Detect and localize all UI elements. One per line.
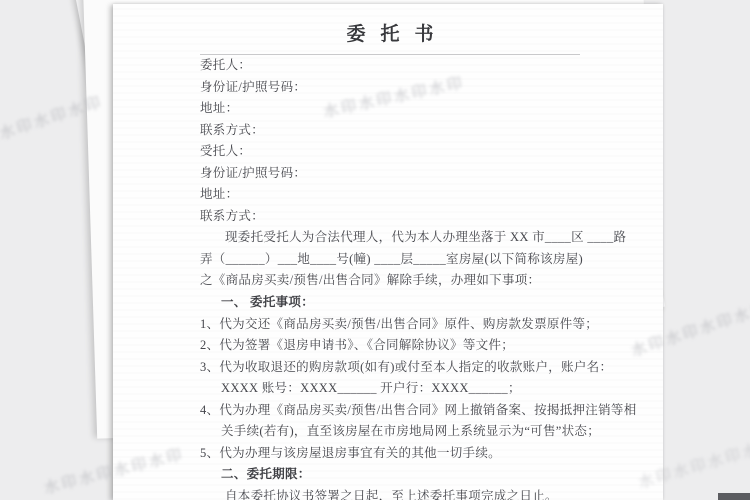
trustee-id-line: 身份证/护照号码： — [200, 163, 580, 185]
principal-name-line: 委托人： — [200, 55, 580, 77]
document-title: 委托书 — [200, 22, 580, 48]
matter-item-3: 3、代为收取退还的购房款项(如有)或付至本人指定的收款账户，账户名： — [200, 357, 580, 379]
corner-dark-strip — [718, 493, 750, 500]
page-content: 委托书 委托人： 身份证/护照号码： 地址： 联系方式： 受托人： 身份证/护照… — [113, 4, 663, 500]
matters-heading: 一、 委托事项： — [200, 292, 580, 314]
matter-item-2: 2、代为签署《退房申请书》、《合同解除协议》等文件； — [200, 335, 580, 357]
document-preview: 委托书 委托人： 身份证/护照号码： 地址： 联系方式： 受托人： 身份证/护照… — [0, 0, 750, 500]
document-page: 委托书 委托人： 身份证/护照号码： 地址： 联系方式： 受托人： 身份证/护照… — [113, 4, 663, 500]
period-heading: 二、委托期限： — [200, 464, 580, 486]
matter-item-4-cont: 关手续(若有)，直至该房屋在市房地局网上系统显示为“可售”状态； — [200, 421, 580, 443]
trustee-name-line: 受托人： — [200, 141, 580, 163]
trustee-contact-line: 联系方式： — [200, 206, 580, 228]
trustee-address-line: 地址： — [200, 184, 580, 206]
document-body: 委托人： 身份证/护照号码： 地址： 联系方式： 受托人： 身份证/护照号码： … — [200, 55, 580, 500]
matter-item-3-cont: XXXX 账号：XXXX______ 开户行：XXXX______； — [200, 378, 580, 400]
authorization-line-3: 之《商品房买卖/预售/出售合同》解除手续，办理如下事项： — [200, 270, 580, 292]
matter-item-5: 5、代为办理与该房屋退房事宜有关的其他一切手续。 — [200, 443, 580, 465]
period-text: 自本委托协议书签署之日起，至上述委托事项完成之日止。 — [200, 486, 580, 500]
principal-contact-line: 联系方式： — [200, 120, 580, 142]
authorization-line-1: 现委托受托人为合法代理人，代为本人办理坐落于 XX 市____区 ____路 — [200, 227, 580, 249]
matter-item-4: 4、代为办理《商品房买卖/预售/出售合同》网上撤销备案、按揭抵押注销等相 — [200, 400, 580, 422]
authorization-line-2: 弄（______）___地____号(幢) ____层_____室房屋(以下简称… — [200, 249, 580, 271]
matter-item-1: 1、代为交还《商品房买卖/预售/出售合同》原件、购房款发票原件等； — [200, 314, 580, 336]
